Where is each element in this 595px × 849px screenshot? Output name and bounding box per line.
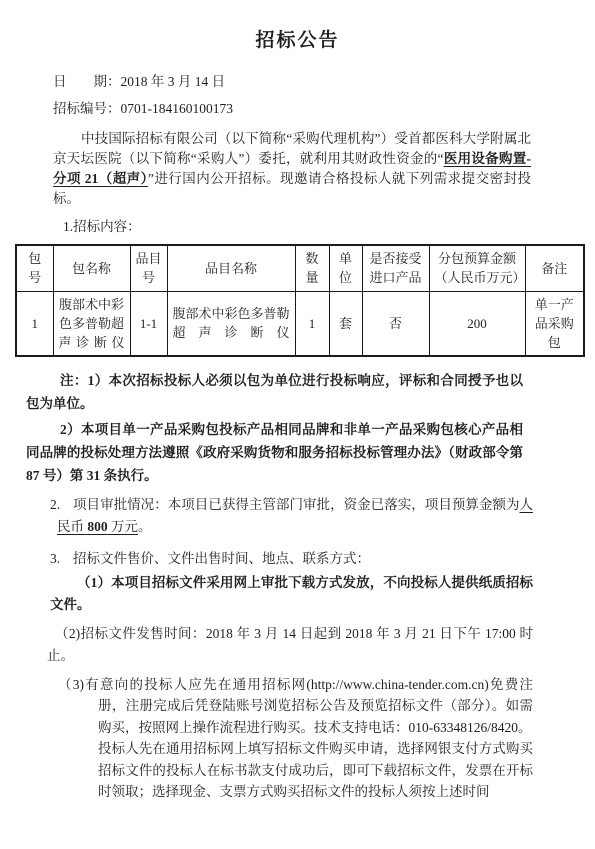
table-note-2: 2）本项目单一产品采购包投标产品相同品牌和非单一产品采购包核心产品相同品牌的投标… [26, 418, 523, 487]
section2-text: 项目审批情况：本项目已获得主管部门审批，资金已落实，项目预算金额为 [73, 497, 520, 512]
section2-tail: 。 [138, 519, 152, 534]
section2-paragraph: 2.项目审批情况：本项目已获得主管部门审批，资金已落实，项目预算金额为人民币 8… [57, 494, 533, 538]
header-budget: 分包预算金额（人民币万元） [429, 245, 525, 291]
header-package-name: 包名称 [53, 245, 130, 291]
tender-ref-line: 招标编号：0701-184160100173 [53, 95, 535, 122]
section1-heading: 1.招标内容： [63, 217, 535, 237]
cell-quantity: 1 [295, 291, 329, 356]
budget-underline-end: 万元 [108, 519, 138, 534]
date-value: 2018 年 3 月 14 日 [121, 74, 226, 89]
header-import-accepted: 是否接受进口产品 [362, 245, 429, 291]
table-row: 1 腹部术中彩色多普勒超声诊断仪 1-1 腹部术中彩色多普勒超声诊断仪 1 套 … [16, 291, 584, 356]
cell-import-accepted: 否 [362, 291, 429, 356]
section2-number: 2. [50, 494, 73, 516]
cell-budget: 200 [429, 291, 525, 356]
cell-package-name: 腹部术中彩色多普勒超声诊断仪 [53, 291, 130, 356]
cell-item-name: 腹部术中彩色多普勒超声诊断仪 [167, 291, 295, 356]
header-item-no: 品目号 [130, 245, 167, 291]
tender-content-table: 包号 包名称 品目号 品目名称 数量 单位 是否接受进口产品 分包预算金额（人民… [15, 244, 585, 357]
section3-heading-text: 招标文件售价、文件出售时间、地点、联系方式： [73, 551, 370, 566]
section3-item3-part1: （3)有意向的投标人应先在通用招标网(http://www.china-tend… [98, 674, 533, 739]
document-page: 招标公告 日 期：2018 年 3 月 14 日 招标编号：0701-18416… [0, 0, 595, 849]
page-title: 招标公告 [0, 0, 595, 52]
header-remark: 备注 [525, 245, 584, 291]
section3-item1: （1）本项目招标文件采用网上审批下载方式发放，不向投标人提供纸质招标文件。 [50, 572, 533, 616]
header-package-no: 包号 [16, 245, 53, 291]
section3-item2: （2)招标文件发售时间：2018 年 3 月 14 日起到 2018 年 3 月… [47, 623, 533, 667]
cell-unit: 套 [329, 291, 362, 356]
header-unit: 单位 [329, 245, 362, 291]
document-meta: 日 期：2018 年 3 月 14 日 招标编号：0701-1841601001… [53, 68, 535, 122]
intro-paragraph: 中技国际招标有限公司（以下简称“采购代理机构”）受首都医科大学附属北京天坛医院（… [53, 129, 531, 209]
cell-package-no: 1 [16, 291, 53, 356]
budget-amount: 800 [87, 519, 107, 534]
tender-ref-value: 0701-184160100173 [121, 101, 234, 116]
cell-remark: 单一产品采购包 [525, 291, 584, 356]
date-line: 日 期：2018 年 3 月 14 日 [53, 68, 535, 95]
date-label: 日 期： [53, 74, 121, 89]
cell-item-no: 1-1 [130, 291, 167, 356]
tender-ref-label: 招标编号： [53, 101, 121, 116]
header-item-name: 品目名称 [167, 245, 295, 291]
section3-heading: 3.招标文件售价、文件出售时间、地点、联系方式： [57, 548, 533, 570]
header-quantity: 数量 [295, 245, 329, 291]
section3-number: 3. [50, 548, 73, 570]
table-note-1: 注：1）本次招标投标人必须以包为单位进行投标响应，评标和合同授予也以包为单位。 [26, 369, 523, 415]
table-header-row: 包号 包名称 品目号 品目名称 数量 单位 是否接受进口产品 分包预算金额（人民… [16, 245, 584, 291]
section3-item3-part2: 投标人先在通用招标网上填写招标文件购买申请，选择网银支付方式购买招标文件的投标人… [98, 738, 533, 803]
